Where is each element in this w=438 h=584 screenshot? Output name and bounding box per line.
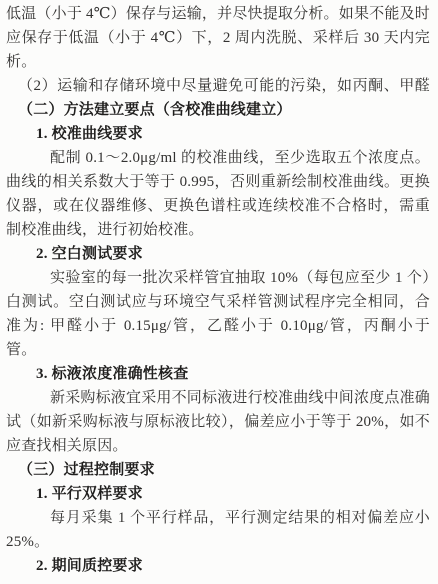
heading-section-3-process-control: （三）过程控制要求 [6,458,430,482]
heading-interim-qc: 2. 期间质控要求 [6,554,430,578]
text-line: 新采购标液宜采用不同标液进行校准曲线中间浓度点准确性测 [6,386,430,410]
text-line: 低温（小于 4℃）保存与运输，并尽快提取分析。如果不能及时分析， [6,2,430,26]
text-line: 曲线的相关系数大于等于 0.995，否则重新绘制校准曲线。更换使用 [6,170,430,194]
text-line: （2）运输和存储环境中尽量避免可能的污染，如丙酮、甲醛等。 [6,74,430,98]
heading-blank-test: 2. 空白测试要求 [6,242,430,266]
heading-calibration-curve: 1. 校准曲线要求 [6,122,430,146]
text-line: 仪器，或在仪器维修、更换色谱柱或连续校准不合格时，需重新绘 [6,194,430,218]
text-line: 准为: 甲醛小于 0.15μg/管，乙醛小于 0.10μg/管，丙酮小于 0.3… [6,314,430,338]
heading-section-2-method: （二）方法建立要点（含校准曲线建立） [6,98,430,122]
heading-parallel-sample: 1. 平行双样要求 [6,482,430,506]
document-page: 低温（小于 4℃）保存与运输，并尽快提取分析。如果不能及时分析， 应保存于低温（… [0,0,438,584]
text-line: 应查找相关原因。 [6,434,430,458]
text-line: 白测试。空白测试应与环境空气采样管测试程序完全相同，合格标 [6,290,430,314]
text-line: 实验室的每一批次采样管宜抽取 10%（每包应至少 1 个）进行空 [6,266,430,290]
heading-standard-accuracy-check: 3. 标液浓度准确性核查 [6,362,430,386]
text-line: 析。 [6,50,430,74]
text-line: 应保存于低温（小于 4℃）下，2 周内洗脱、采样后 30 天内完成分 [6,26,430,50]
text-line: 试（如新采购标液与原标液比较），偏差应小于等于 20%，如不合格， [6,410,430,434]
text-line: 配制 0.1～2.0μg/ml 的校准曲线，至少选取五个浓度点。校准 [6,146,430,170]
text-line: 管。 [6,338,430,362]
text-line: 每月采集 1 个平行样品，平行测定结果的相对偏差应小于等于 [6,506,430,530]
text-line: 制校准曲线，进行初始校准。 [6,218,430,242]
text-line: 25%。 [6,530,430,554]
